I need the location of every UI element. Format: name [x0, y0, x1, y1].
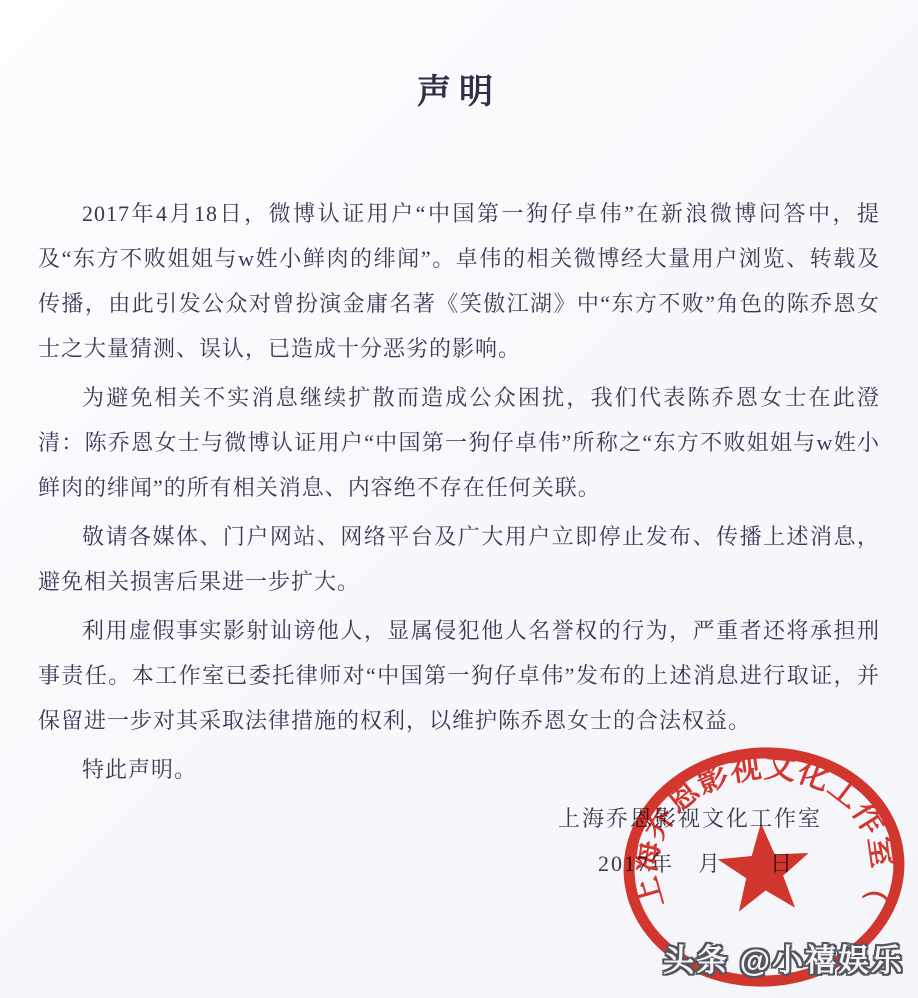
- statement-paragraph-4: 利用虚假事实影射讪谤他人，显属侵犯他人名誉权的行为，严重者还将承担刑事责任。本工…: [38, 608, 880, 743]
- statement-paragraph-1: 2017年4月18日，微博认证用户“中国第一狗仔卓伟”在新浪微博问答中，提及“东…: [38, 191, 880, 371]
- statement-title: 声明: [0, 64, 918, 113]
- statement-paragraph-2: 为避免相关不实消息继续扩散而造成公众困扰，我们代表陈乔恩女士在此澄清：陈乔恩女士…: [38, 375, 880, 510]
- statement-paragraph-3: 敬请各媒体、门户网站、网络平台及广大用户立即停止发布、传播上述消息，避免相关损害…: [38, 514, 880, 604]
- toutiao-watermark: 头条 @小禧娱乐: [663, 935, 904, 980]
- seal-star-icon: [715, 820, 812, 913]
- statement-document: 声明 2017年4月18日，微博认证用户“中国第一狗仔卓伟”在新浪微博问答中，提…: [0, 0, 918, 998]
